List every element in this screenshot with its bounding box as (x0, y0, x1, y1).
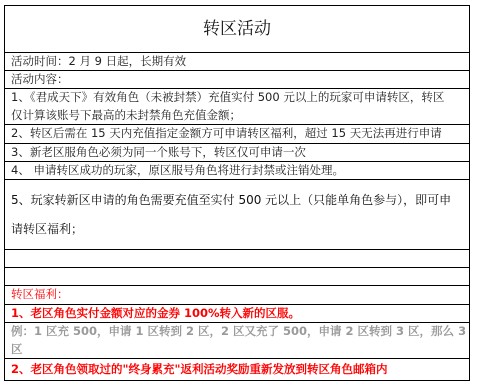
activity-document-table: 转区活动 活动时间：2 月 9 日起，长期有效 活动内容： 1、《君成天下》有效… (4, 5, 470, 381)
rule-item-5: 5、玩家转新区申请的角色需要充值至实付 500 元以上（只能单角色参与），即可申… (5, 180, 469, 250)
page-title: 转区活动 (5, 6, 469, 53)
example-line-1: 例：1 区充 500，申请 1 区转到 2 区，2 区又充了 500，申请 2 … (11, 323, 469, 358)
rule-item-3: 3、新老区服角色必须为同一个账号下，转区仅可申请一次 (5, 144, 469, 162)
empty-row-1 (5, 250, 469, 268)
benefits-label: 转区福利： (5, 286, 469, 305)
benefit-example: 例：1 区充 500，申请 1 区转到 2 区，2 区又充了 500，申请 2 … (5, 323, 469, 359)
benefit-item-1: 1、老区角色实付金额对应的金券 100%转入新的区服。 (5, 305, 469, 323)
rule-item-1: 1、《君成天下》有效角色（未被封禁）充值实付 500 元以上的玩家可申请转区，转… (5, 89, 469, 125)
rule-item-2: 2、转区后需在 15 天内充值指定金额方可申请转区福利，超过 15 天无法再进行… (5, 125, 469, 144)
rule-item-4: 4、 申请转区成功的玩家，原区服号角色将进行封禁或注销处理。 (5, 162, 469, 180)
rule-5-line-2: 请转区福利； (11, 214, 469, 248)
rule-1-line-1: 1、《君成天下》有效角色（未被封禁）充值实付 500 元以上的玩家可申请转区，转… (11, 89, 469, 107)
activity-content-label: 活动内容： (5, 71, 469, 89)
empty-row-2 (5, 268, 469, 286)
activity-time: 活动时间：2 月 9 日起，长期有效 (5, 53, 469, 71)
benefit-item-2: 2、老区角色领取过的"终身累充"返利活动奖励重新发放到转区角色邮箱内 (5, 359, 469, 380)
rule-5-line-1: 5、玩家转新区申请的角色需要充值至实付 500 元以上（只能单角色参与），即可申 (11, 180, 469, 214)
rule-1-line-2: 仅计算该账号下最高的未封禁角色充值金额； (11, 107, 469, 125)
